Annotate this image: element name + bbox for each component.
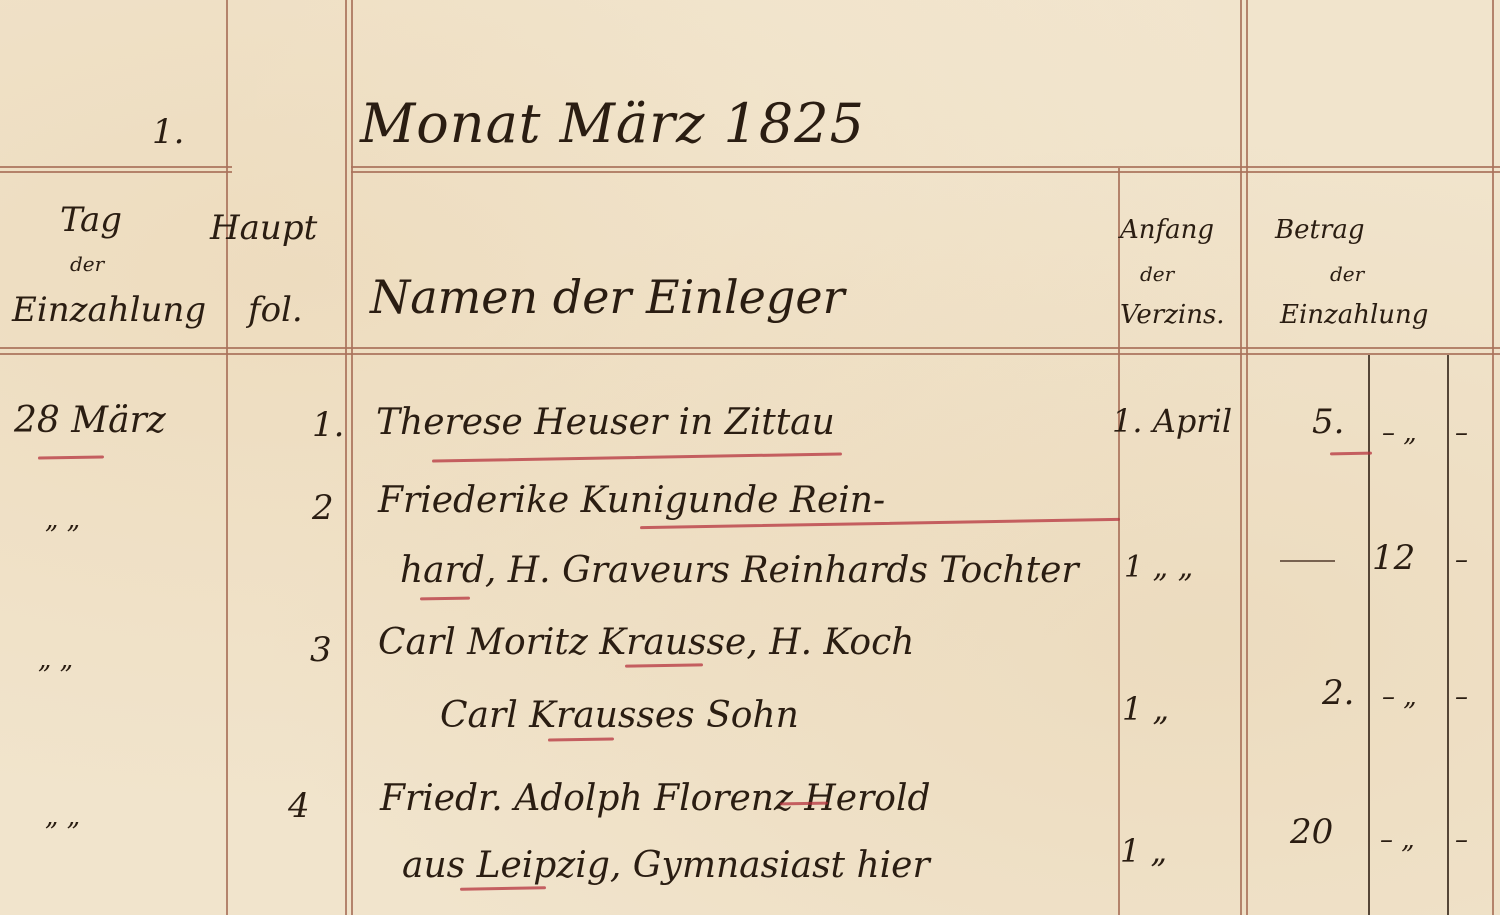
row-rule bbox=[0, 166, 232, 168]
red-underline bbox=[432, 452, 842, 462]
entry-amount-thaler: 2. bbox=[1322, 673, 1354, 713]
entry-name: Carl Moritz Krausse, H. Koch bbox=[378, 622, 914, 663]
page-title: Monat März 1825 bbox=[360, 92, 865, 155]
header-names: Namen der Einleger bbox=[370, 270, 845, 324]
entry-amount-pfennig: – bbox=[1455, 825, 1468, 855]
entry-name-continued: hard, H. Graveurs Reinhards Tochter bbox=[400, 550, 1079, 591]
entry-amount-groschen: – „ bbox=[1382, 418, 1417, 448]
red-underline bbox=[460, 886, 546, 891]
entry-date: 28 März bbox=[14, 400, 166, 441]
entry-name-continued: aus Leipzig, Gymnasiast hier bbox=[402, 845, 930, 886]
entry-name: Friederike Kunigunde Rein- bbox=[378, 480, 885, 521]
entry-interest-start: 1 „ bbox=[1122, 690, 1169, 728]
entry-folio: 3 bbox=[310, 630, 332, 670]
column-rule bbox=[226, 0, 228, 915]
entry-date: „ „ bbox=[45, 505, 80, 535]
row-rule bbox=[0, 347, 1500, 349]
entry-amount-groschen: – „ bbox=[1380, 825, 1415, 855]
entry-amount-groschen: 12 bbox=[1372, 538, 1415, 578]
entry-interest-start: 1. April bbox=[1112, 402, 1232, 440]
red-underline bbox=[1330, 452, 1372, 456]
column-rule bbox=[351, 0, 353, 915]
red-underline bbox=[625, 663, 703, 667]
entry-amount-pfennig: – bbox=[1455, 682, 1468, 712]
column-rule bbox=[1246, 0, 1248, 915]
column-rule bbox=[1368, 355, 1370, 915]
column-rule bbox=[1492, 0, 1494, 915]
page-number: 1. bbox=[152, 112, 184, 152]
entry-name-continued: Carl Krausses Sohn bbox=[440, 695, 799, 736]
red-underline bbox=[38, 455, 104, 459]
dash-mark bbox=[1280, 560, 1335, 562]
ledger-page: 1. Monat März 1825 Tag der Einzahlung Ha… bbox=[0, 0, 1500, 915]
red-underline bbox=[420, 597, 470, 601]
row-rule bbox=[351, 166, 1500, 168]
red-underline bbox=[548, 737, 614, 741]
entry-folio: 4 bbox=[288, 786, 310, 826]
entry-date: „ „ bbox=[45, 802, 80, 832]
entry-folio: 2 bbox=[312, 488, 334, 528]
entry-interest-start: 1 „ „ bbox=[1124, 550, 1193, 585]
entry-amount-groschen: – „ bbox=[1382, 682, 1417, 712]
entry-interest-start: 1 „ bbox=[1120, 832, 1167, 870]
entry-name: Therese Heuser in Zittau bbox=[376, 402, 835, 443]
entry-amount-pfennig: – bbox=[1455, 418, 1468, 448]
entry-name: Friedr. Adolph Florenz Herold bbox=[380, 778, 931, 819]
entry-amount-thaler: 20 bbox=[1290, 812, 1333, 852]
column-rule bbox=[1118, 168, 1120, 915]
row-rule bbox=[0, 353, 1500, 355]
entry-date: „ „ bbox=[38, 645, 73, 675]
row-rule bbox=[0, 171, 232, 173]
entry-amount-thaler: 5. bbox=[1312, 402, 1344, 442]
entry-folio: 1. bbox=[312, 405, 344, 445]
column-rule bbox=[345, 0, 347, 915]
entry-amount-pfennig: – bbox=[1455, 545, 1468, 575]
row-rule bbox=[351, 171, 1500, 173]
column-rule bbox=[1447, 355, 1449, 915]
column-rule bbox=[1240, 0, 1242, 915]
